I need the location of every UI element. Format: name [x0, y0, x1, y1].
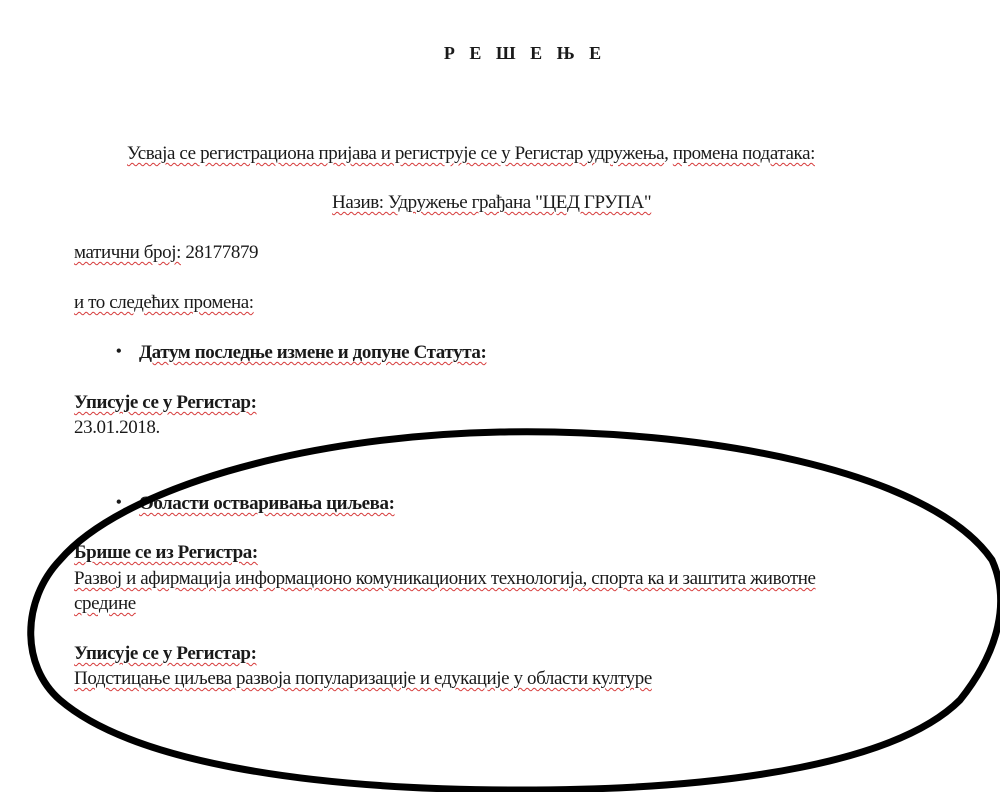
- entry-value-text: средине: [74, 593, 136, 614]
- organization-name-text: Назив: Удружење грађана "ЦЕД ГРУПА": [332, 192, 651, 213]
- entry-value-date: 23.01.2018.: [74, 417, 160, 439]
- entry-value-text: Развој и афирмација информационо комуник…: [74, 568, 816, 589]
- registration-number-line: матични број: 28177879: [74, 242, 258, 264]
- entry-label-register: Уписује се у Регистар:: [74, 392, 257, 414]
- entry-label-text: Брише се из Регистра:: [74, 542, 258, 563]
- changes-intro-text: и то следећих промена:: [74, 292, 254, 313]
- entry-value-deleted-line1: Развој и афирмација информационо комуник…: [74, 568, 816, 590]
- changes-intro: и то следећих промена:: [74, 292, 254, 314]
- entry-label-text: Уписује се у Регистар:: [74, 643, 257, 664]
- entry-value-text: Подстицање циљева развоја популаризације…: [74, 668, 652, 689]
- section-heading-text: Области остваривања циљева:: [139, 493, 395, 514]
- entry-label-delete: Брише се из Регистра:: [74, 542, 258, 564]
- intro-text-sep: ,: [664, 143, 673, 164]
- registration-number-label: матични број:: [74, 242, 181, 263]
- entry-value-added: Подстицање циљева развоја популаризације…: [74, 668, 652, 690]
- section-heading-goal-areas: Области остваривања циљева:: [139, 493, 395, 515]
- intro-paragraph: Усваја се регистрациона пријава и регист…: [127, 143, 815, 165]
- organization-name: Назив: Удружење грађана "ЦЕД ГРУПА": [332, 192, 651, 214]
- entry-label-text: Уписује се у Регистар:: [74, 392, 257, 413]
- document-title: Р Е Ш Е Њ Е: [0, 42, 1000, 64]
- entry-label-register: Уписује се у Регистар:: [74, 643, 257, 665]
- section-heading-statute-date: Датум последње измене и допуне Статута:: [139, 342, 486, 364]
- section-heading-text: Датум последње измене и допуне Статута:: [139, 342, 486, 363]
- registration-number-value: 28177879: [185, 242, 258, 263]
- entry-value-deleted-line2: средине: [74, 593, 136, 615]
- ellipse-stroke: [31, 432, 1000, 790]
- intro-text-end: промена података:: [673, 143, 815, 164]
- bullet-icon: •: [116, 494, 122, 512]
- document-page: Р Е Ш Е Њ Е Усваја се регистрациона приј…: [0, 0, 1000, 792]
- bullet-icon: •: [116, 343, 122, 361]
- intro-text-main: Усваја се регистрациона пријава и регист…: [127, 143, 664, 164]
